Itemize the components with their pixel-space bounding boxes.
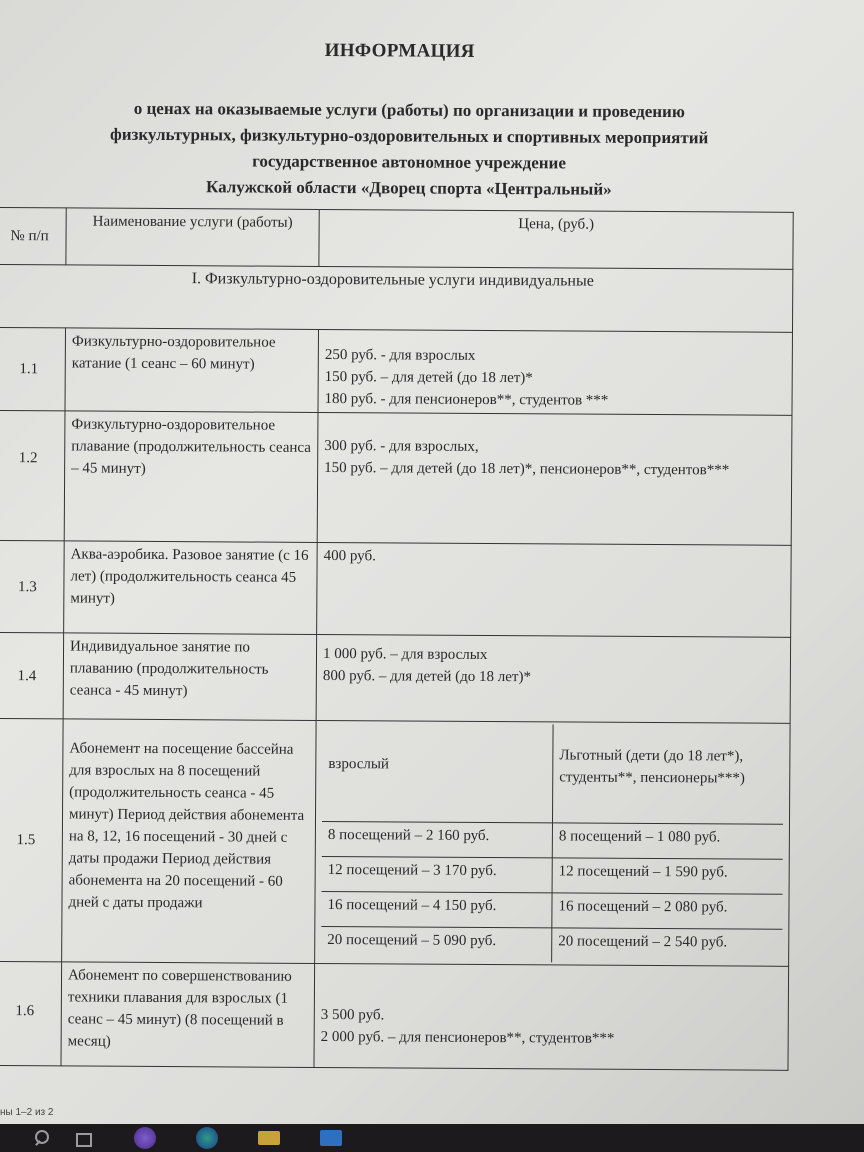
header-price: Цена, (руб.) [319,209,793,269]
app-icon[interactable] [134,1127,156,1149]
page-status: ны 1–2 из 2 [0,1107,53,1118]
price-table: № п/п Наименование услуги (работы) Цена,… [0,207,794,1070]
discount-price: 20 посещений – 2 540 руб. [552,927,783,963]
price-line: 1 000 руб. – для взрослых [323,643,784,668]
document-title: ИНФОРМАЦИЯ [0,38,800,65]
subscription-prices: взрослый Льготный (дети (до 18 лет*), ст… [315,720,790,965]
adult-header: взрослый [322,723,553,822]
discount-header: Льготный (дети (до 18 лет*), студенты**,… [552,724,783,823]
row-price: 3 500 руб. 2 000 руб. – для пенсионеров*… [314,963,789,1070]
table-row: 1.3 Аква-аэробика. Разовое занятие (с 16… [0,540,791,637]
row-num: 1.5 [0,718,63,961]
folder-icon[interactable] [258,1131,280,1145]
adult-price: 8 посещений – 2 160 руб. [322,821,553,857]
price-line: 400 руб. [324,545,785,570]
table-row: 1.2 Физкультурно-оздоровительное плавани… [0,410,792,545]
section-title: I. Физкультурно-оздоровительные услуги и… [0,264,793,332]
price-line: 150 руб. – для детей (до 18 лет)*, пенси… [324,457,785,482]
row-price: 1 000 руб. – для взрослых 800 руб. – для… [316,634,791,723]
adult-price: 20 посещений – 5 090 руб. [321,926,552,962]
row-price: 250 руб. - для взрослых 150 руб. – для д… [318,329,792,415]
mail-icon[interactable] [320,1130,342,1146]
row-num: 1.2 [0,410,65,540]
header-num: № п/п [0,207,66,264]
table-header-row: № п/п Наименование услуги (работы) Цена,… [0,207,793,269]
row-num: 1.6 [0,961,62,1065]
row-price: 400 руб. [317,542,792,637]
row-name: Абонемент по совершенствованию техники п… [61,961,315,1067]
subtitle-line: Калужской области «Дворец спорта «Центра… [39,173,779,204]
task-view-icon[interactable] [72,1127,94,1149]
row-num: 1.1 [0,327,65,410]
row-name: Абонемент на посещение бассейна для взро… [62,719,316,963]
discount-price: 8 посещений – 1 080 руб. [552,822,783,858]
search-icon[interactable] [32,1127,54,1149]
table-row: 1.4 Индивидуальное занятие по плаванию (… [0,632,791,723]
browser-icon[interactable] [196,1127,218,1149]
row-name: Физкультурно-оздоровительное плавание (п… [64,411,318,543]
document-page: ИНФОРМАЦИЯ о ценах на оказываемые услуги… [0,0,864,1105]
discount-price: 12 посещений – 1 590 руб. [552,857,783,893]
row-price: 300 руб. - для взрослых, 150 руб. – для … [317,412,792,545]
adult-price: 12 посещений – 3 170 руб. [322,856,553,892]
row-num: 1.3 [0,540,64,632]
document-subtitle: о ценах на оказываемые услуги (работы) п… [39,95,780,204]
price-line: 250 руб. - для взрослых [325,344,786,369]
table-row: 1.1 Физкультурно-оздоровительное катание… [0,327,792,415]
table-row: 1.6 Абонемент по совершенствованию техни… [0,961,789,1070]
taskbar [0,1124,864,1152]
price-line: 180 руб. - для пенсионеров**, студентов … [325,388,786,413]
row-name: Аква-аэробика. Разовое занятие (с 16 лет… [64,541,318,635]
subscription-table: взрослый Льготный (дети (до 18 лет*), ст… [321,723,783,963]
price-line: 2 000 руб. – для пенсионеров**, студенто… [321,1025,782,1050]
subtitle-line: физкультурных, физкультурно-оздоровитель… [39,121,779,152]
table-row: 1.5 Абонемент на посещение бассейна для … [0,718,790,965]
row-name: Физкультурно-оздоровительное катание (1 … [65,328,319,413]
row-num: 1.4 [0,632,64,718]
header-name: Наименование услуги (работы) [66,208,319,267]
price-line: 800 руб. – для детей (до 18 лет)* [323,665,784,690]
section-row: I. Физкультурно-оздоровительные услуги и… [0,264,793,332]
discount-price: 16 посещений – 2 080 руб. [552,892,783,928]
adult-price: 16 посещений – 4 150 руб. [321,891,552,927]
price-line: 150 руб. – для детей (до 18 лет)* [325,366,786,391]
price-line: 300 руб. - для взрослых, [324,435,785,460]
price-line: 3 500 руб. [321,1003,782,1028]
row-name: Индивидуальное занятие по плаванию (прод… [63,633,317,721]
